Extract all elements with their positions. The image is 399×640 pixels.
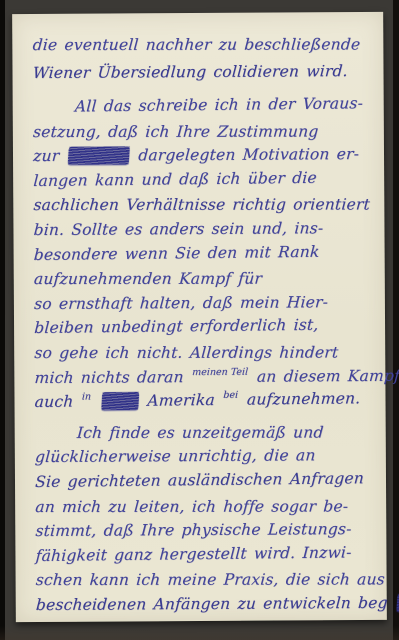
handwriting-text: mich nichts daran	[34, 368, 184, 387]
handwriting-text: bleiben unbedingt erforderlich ist,	[34, 316, 319, 337]
ink-scribble: ███	[101, 392, 138, 410]
handwriting-text: glücklicherweise unrichtig, die an	[35, 447, 317, 467]
handwriting-line: setzung, daß ich Ihre Zustimmung	[32, 122, 379, 147]
inserted-word: meinen Teil	[192, 366, 249, 377]
handwriting-text: setzung, daß ich Ihre Zustimmung	[32, 122, 319, 141]
handwriting-text: aufzunehmenden Kampf für	[33, 270, 262, 288]
handwriting-text: langen kann und daß ich über die	[33, 169, 318, 190]
letter-page: die eventuell nachher zu beschließende W…	[12, 12, 387, 622]
handwriting-line: aufzunehmenden Kampf für	[33, 270, 380, 295]
handwriting-line: schen kann ich meine Praxis, die sich au…	[35, 571, 382, 596]
handwriting-line: bescheidenen Anfängen zu entwickeln beg …	[35, 594, 382, 621]
handwriting-text: so gehe ich nicht. Allerdings hindert	[34, 343, 339, 362]
handwriting-text: dargelegten Motivation er-	[138, 145, 360, 164]
handwriting-line: die eventuell nachher zu beschließende	[31, 35, 378, 64]
handwriting-line: auch in ███ Amerika bei aufzunehmen.	[34, 389, 381, 418]
handwriting-text: Sie gerichteten ausländischen Anfragen	[35, 469, 365, 491]
handwriting-line: so gehe ich nicht. Allerdings hindert	[33, 343, 380, 368]
handwriting-text: auch	[34, 393, 74, 411]
ink-scribble: █████	[68, 147, 130, 165]
handwriting-text: aufzunehmen.	[246, 389, 361, 408]
handwriting-text: Amerika	[147, 391, 216, 410]
handwriting-line: Ich finde es unzeitgemäß und	[34, 423, 381, 448]
handwriting-text: fähigkeit ganz hergestellt wird. Inzwi-	[35, 543, 352, 565]
handwriting-line: an mich zu leiten, ich hoffe sogar be-	[34, 497, 381, 522]
handwriting-text: stimmt, daß Ihre physische Leistungs-	[35, 520, 352, 540]
handwriting-line: Wiener Übersiedlung collidieren wird.	[32, 62, 379, 92]
handwriting-text: All das schreibe ich in der Voraus-	[74, 94, 363, 115]
handwriting-line: sachlichen Verhältnisse richtig orientie…	[32, 196, 379, 221]
inserted-word: in	[82, 391, 92, 402]
handwriting-text: Wiener Übersiedlung collidieren wird.	[32, 62, 348, 82]
handwriting-text: an diesem Kampf	[256, 366, 399, 385]
handwriting-text: sachlichen Verhältnisse richtig orientie…	[33, 196, 371, 215]
handwriting-text: die eventuell nachher zu beschließende	[32, 35, 361, 54]
handwriting-line: langen kann und daß ich über die	[32, 168, 379, 197]
handwriting-line: Sie gerichteten ausländischen Anfragen	[34, 469, 381, 498]
handwriting-line: bin. Sollte es anders sein und, ins-	[33, 219, 380, 246]
handwriting-text: an mich zu leiten, ich hoffe sogar be-	[35, 497, 349, 516]
handwriting-text: schen kann ich meine Praxis, die sich au…	[35, 571, 385, 590]
handwriting-lines: die eventuell nachher zu beschließende W…	[32, 34, 381, 621]
handwriting-text: so ernsthaft halten, daß mein Hier-	[34, 293, 329, 313]
handwriting-text: besondere wenn Sie den mit Rank	[33, 242, 320, 263]
inserted-word: bei	[223, 390, 238, 401]
handwriting-line: fähigkeit ganz hergestellt wird. Inzwi-	[35, 543, 382, 572]
handwriting-text: Ich finde es unzeitgemäß und	[76, 423, 324, 441]
handwriting-line: besondere wenn Sie den mit Rank	[33, 242, 380, 271]
photo-backdrop: die eventuell nachher zu beschließende W…	[0, 0, 399, 640]
handwriting-text: zur	[33, 147, 60, 165]
handwriting-text: bin. Sollte es anders sein und, ins-	[33, 219, 324, 239]
handwriting-line: All das schreibe ich in der Voraus-	[32, 94, 379, 123]
handwriting-line: bleiben unbedingt erforderlich ist,	[33, 315, 380, 344]
handwriting-text: bescheidenen Anfängen zu entwickeln beg	[35, 594, 388, 614]
